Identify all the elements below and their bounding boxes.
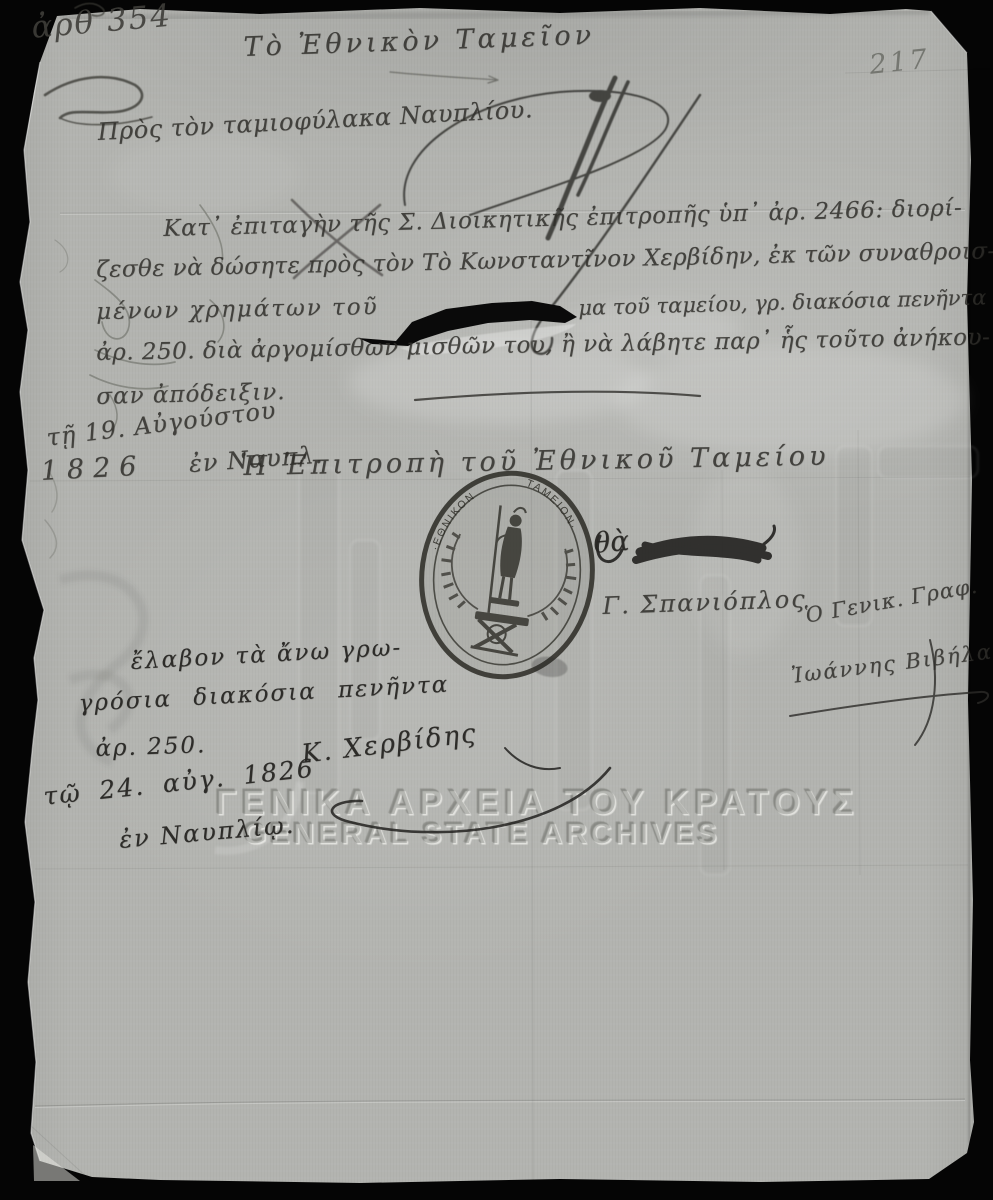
- folio-number: 217: [868, 44, 931, 81]
- struck-signature-start: θὰ: [592, 524, 631, 560]
- body-dash: [415, 392, 700, 400]
- date-year: 1826: [40, 451, 146, 487]
- receipt-line-3: ἀρ. 250.: [95, 732, 207, 762]
- treasury-seal: ·ΕΘΝΙΚΟΝ ΤΑΜΕΙΟΝ·: [409, 462, 606, 688]
- archival-scan: ΓΕΝΙΚΑ ΑΡΧΕΙΑ ΤΟΥ ΚΡΑΤΟΥΣ GENERAL STATE …: [0, 0, 993, 1200]
- body-line-3a: μένων χρημάτων τοῦ: [96, 294, 379, 325]
